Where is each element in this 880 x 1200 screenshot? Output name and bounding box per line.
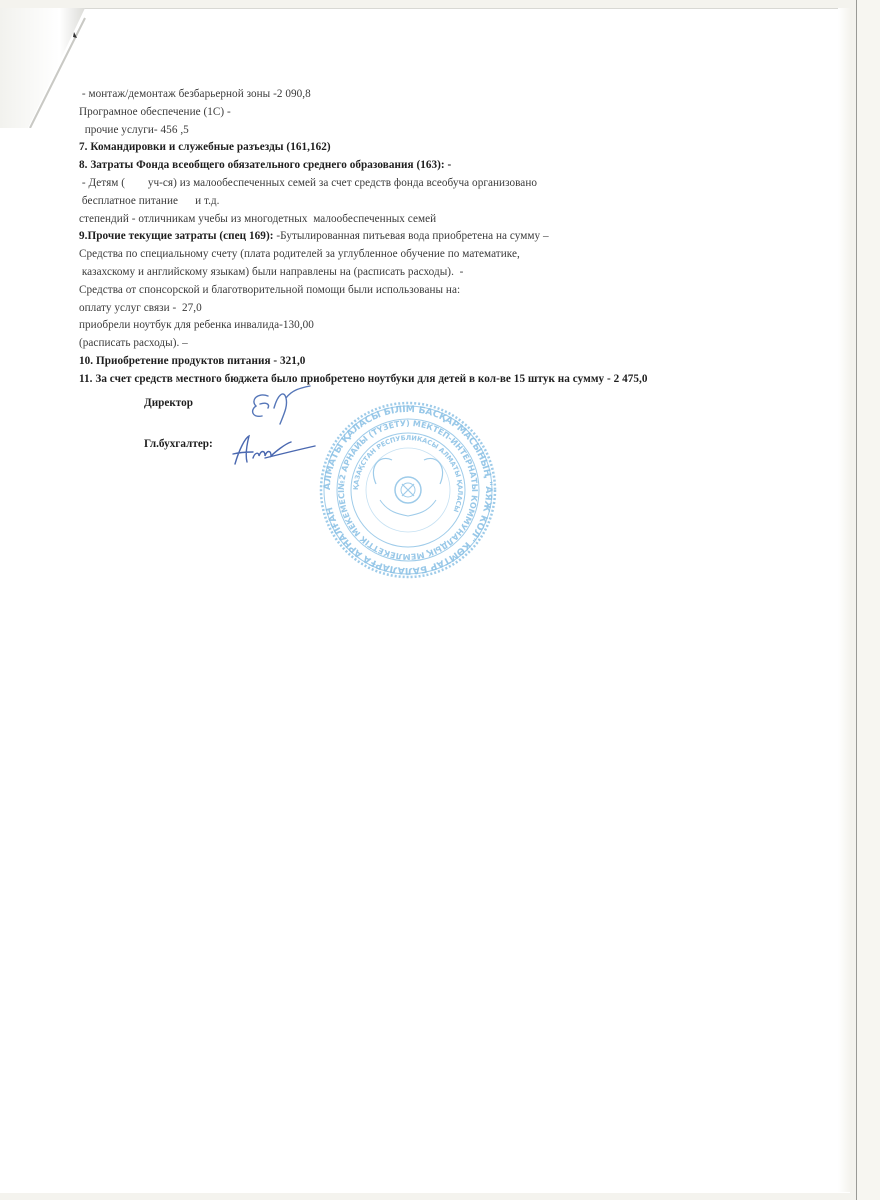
text-line: Средства от спонсорской и благотворитель…	[79, 282, 648, 300]
accountant-signature	[225, 430, 320, 470]
text-line: прочие услуги- 456 ,5	[79, 122, 648, 140]
section-heading-8: 8. Затраты Фонда всеобщего обязательного…	[79, 157, 648, 175]
director-label: Директор	[144, 397, 193, 409]
text-line: - монтаж/демонтаж безбарьерной зоны -2 0…	[79, 86, 648, 104]
text-line: степендий - отличникам учебы из многодет…	[79, 211, 648, 229]
text-line: приобрели ноутбук для ребенка инвалида-1…	[79, 317, 648, 335]
official-stamp: АЛМАТЫ ҚАЛАСЫ БІЛІМ БАСҚАРМАСЫНЫҢ "АЯЖ К…	[318, 400, 498, 580]
section-9-title: 9.Прочие текущие затраты (спец 169):	[79, 230, 274, 242]
text-line: - Детям ( уч-ся) из малообеспеченных сем…	[79, 175, 648, 193]
stamp-ring-text: ҚАЗАҚСТАН РЕСПУБЛИКАСЫ АЛМАТЫ ҚАЛАСЫ	[352, 434, 464, 514]
text-line: оплату услуг связи - 27,0	[79, 300, 648, 318]
folded-corner	[0, 8, 90, 128]
text-line: Програмное обеспечение (1С) -	[79, 104, 648, 122]
scanner-border	[856, 0, 880, 1200]
section-heading-11: 11. За счет средств местного бюджета был…	[79, 371, 648, 389]
text-line: (расписать расходы). –	[79, 335, 648, 353]
svg-text:ҚАЗАҚСТАН РЕСПУБЛИКАСЫ АЛМАТЫ: ҚАЗАҚСТАН РЕСПУБЛИКАСЫ АЛМАТЫ ҚАЛАСЫ	[352, 434, 464, 514]
page-edge-shadow	[838, 8, 852, 1192]
accountant-label: Гл.бухгалтер:	[144, 438, 213, 450]
text-line: Средства по специальному счету (плата ро…	[79, 246, 648, 264]
section-heading-9: 9.Прочие текущие затраты (спец 169): -Бу…	[79, 228, 648, 246]
director-signature	[240, 384, 320, 434]
text-line: бесплатное питание и т.д.	[79, 193, 648, 211]
section-heading-7: 7. Командировки и служебные разъезды (16…	[79, 139, 648, 157]
section-heading-10: 10. Приобретение продуктов питания - 321…	[79, 353, 648, 371]
document-body: - монтаж/демонтаж безбарьерной зоны -2 0…	[79, 86, 648, 389]
text-line: казахскому и английскому языкам) были на…	[79, 264, 648, 282]
section-9-text: -Бутылированная питьевая вода приобретен…	[274, 230, 549, 242]
